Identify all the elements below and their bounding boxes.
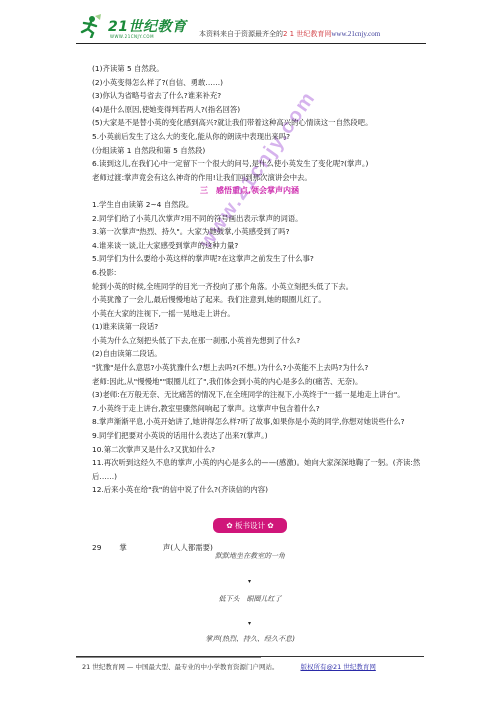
paragraph: 9.同学们把要对小英说的话用什么表达了出来?(掌声。) — [76, 429, 426, 443]
board-row-2: 低下头 眼圈儿红了 — [150, 594, 350, 604]
text-line: 小英为什么立刻把头低了下去,在那一刹那,小英首先想到了什么? — [92, 334, 417, 348]
board-title-a: 掌 — [119, 543, 126, 552]
paragraph: (3)老师:在万般无奈、无比痛苦的情况下,在全班同学的注视下,小英终于"一摇一晃… — [76, 388, 426, 402]
header-tagline: 本资料来自于资源最齐全的2 1 世纪教育网www.21cnjy.com — [199, 29, 380, 39]
paragraph: 8.掌声渐渐平息,小英开始讲了,她讲得怎么样?听了故事,如果你是小英的同学,你想… — [76, 415, 426, 429]
runner-logo-icon — [80, 14, 102, 38]
paragraph: 12.后来小英在给"我"的信中说了什么?(齐读信的内容) — [76, 483, 426, 497]
lesson-number: 29 — [92, 543, 101, 552]
text-line: (3)你认为省略号省去了什么?谁来补充? — [92, 89, 417, 103]
logo-text: 21世纪教育 — [108, 16, 186, 36]
board-design-badge: ✿ 板书设计 ✿ — [213, 518, 287, 533]
paragraph-text: 老师:因此,从"慢慢地""眼圈儿红了",我们体会到小英的内心是多么的(痛苦、无奈… — [76, 375, 426, 389]
paragraph: 10.第二次掌声又是什么?又犹如什么? — [76, 443, 426, 457]
paragraph-text: 12.后来小英在给"我"的信中说了什么?(齐读信的内容) — [76, 483, 426, 497]
paragraph-text: (3)老师:在万般无奈、无比痛苦的情况下,在全班同学的注视下,小英终于"一摇一晃… — [76, 388, 426, 402]
paragraph: 老师:因此,从"慢慢地""眼圈儿红了",我们体会到小英的内心是多么的(痛苦、无奈… — [76, 375, 426, 389]
paragraph: 7.小英终于走上讲台,教室里骤然间响起了掌声。这掌声中包含着什么? — [76, 402, 426, 416]
tagline-brand: 2 1 世纪教育网 — [283, 30, 331, 38]
text-line: (5)大家是不是替小英的变化感到高兴?就让我们带着这种高兴的心情读这一自然段吧。 — [92, 116, 417, 130]
paragraph-text: 7.小英终于走上讲台,教室里骤然间响起了掌声。这掌声中包含着什么? — [76, 402, 426, 416]
text-line: 小英犹豫了一会儿,最后慢慢地站了起来。我们注意到,她的眼圈儿红了。 — [92, 293, 417, 307]
paragraph: 11.再次听到这经久不息的掌声,小英的内心是多么的——(感激)。她向大家深深地鞠… — [76, 456, 426, 483]
tagline-url[interactable]: www.21cnjy.com — [331, 30, 380, 38]
tagline-prefix: 本资料来自于资源最齐全的 — [199, 30, 283, 38]
text-line: 老师过渡:掌声竟会有这么神奇的作用!让我们回到那次演讲会中去。 — [92, 171, 417, 185]
text-line: (1)谁来读第一段话? — [92, 320, 417, 334]
text-line: 5.同学们为什么要给小英这样的掌声呢?在这掌声之前发生了什么事? — [92, 252, 417, 266]
text-line: (2)自由读第二段话。 — [92, 347, 417, 361]
text-line: 6.投影: — [92, 266, 417, 280]
arrow-down-icon: ▾ — [248, 620, 251, 627]
text-line: "犹豫"是什么意思?小英犹豫什么?想上去吗?(不想。)为什么?小英能不上去吗?为… — [92, 361, 417, 375]
arrow-down-icon: ▾ — [248, 578, 251, 585]
text-line: (1)齐读第 5 自然段。 — [92, 62, 417, 76]
footer-divider-accent — [76, 657, 261, 658]
text-line: 4.谁来谈一谈,让大家感受到掌声的这种力量? — [92, 239, 417, 253]
paragraph-text: 10.第二次掌声又是什么?又犹如什么? — [76, 443, 426, 457]
lesson-body: (1)齐读第 5 自然段。 (2)小英变得怎么样了?(自信、勇敢……) (3)你… — [92, 62, 417, 497]
board-row-1: 默默地坐在教室的一角 — [150, 551, 350, 561]
copyright-link[interactable]: 版权所有@21 世纪教育网 — [300, 663, 375, 671]
text-line: 2.同学们给了小英几次掌声?用不同的符号画出表示掌声的词语。 — [92, 212, 417, 226]
text-line: 小英在大家的注视下,一摇一晃地走上讲台。 — [92, 307, 417, 321]
logo-subtitle: WWW.21CNJY.COM — [110, 34, 154, 39]
page-header: 21世纪教育 WWW.21CNJY.COM 本资料来自于资源最齐全的2 1 世纪… — [76, 12, 426, 44]
text-line: (分组读第 1 自然段和第 5 自然段) — [92, 144, 417, 158]
text-line: 6.读到这儿,在我们心中一定留下一个很大的问号,是什么使小英发生了变化呢?(掌声… — [92, 157, 417, 171]
section-title: 三 感悟重点,领会掌声内涵 — [82, 184, 417, 198]
text-line: 1.学生自由读第 2~4 自然段。 — [92, 198, 417, 212]
footer-text: 21 世纪教育网 — 中国最大型、最专业的中小学教育资源门户网站。 — [82, 663, 278, 671]
text-line: (2)小英变得怎么样了?(自信、勇敢……) — [92, 76, 417, 90]
text-line: 轮到小英的时候,全班同学的目光一齐投向了那个角落。小英立刻把头低了下去。 — [92, 280, 417, 294]
text-line: (4)是什么原因,使她变得判若两人?(指名回答) — [92, 103, 417, 117]
text-line: 5.小英前后发生了这么大的变化,能从你的朗读中表现出来吗? — [92, 130, 417, 144]
paragraph-text: 9.同学们把要对小英说的话用什么表达了出来?(掌声。) — [76, 429, 426, 443]
text-line: 3.第一次掌声"热烈、持久"。大家为她鼓掌,小英感受到了吗? — [92, 225, 417, 239]
board-row-3: 掌声(热烈、持久、经久不息) — [150, 634, 350, 644]
logo: 21世纪教育 WWW.21CNJY.COM — [80, 14, 200, 42]
page-footer: 21 世纪教育网 — 中国最大型、最专业的中小学教育资源门户网站。版权所有@21… — [82, 662, 376, 671]
paragraph-text: 8.掌声渐渐平息,小英开始讲了,她讲得怎么样?听了故事,如果你是小英的同学,你想… — [76, 415, 426, 429]
paragraph-text: 11.再次听到这经久不息的掌声,小英的内心是多么的——(感激)。她向大家深深地鞠… — [76, 456, 426, 483]
